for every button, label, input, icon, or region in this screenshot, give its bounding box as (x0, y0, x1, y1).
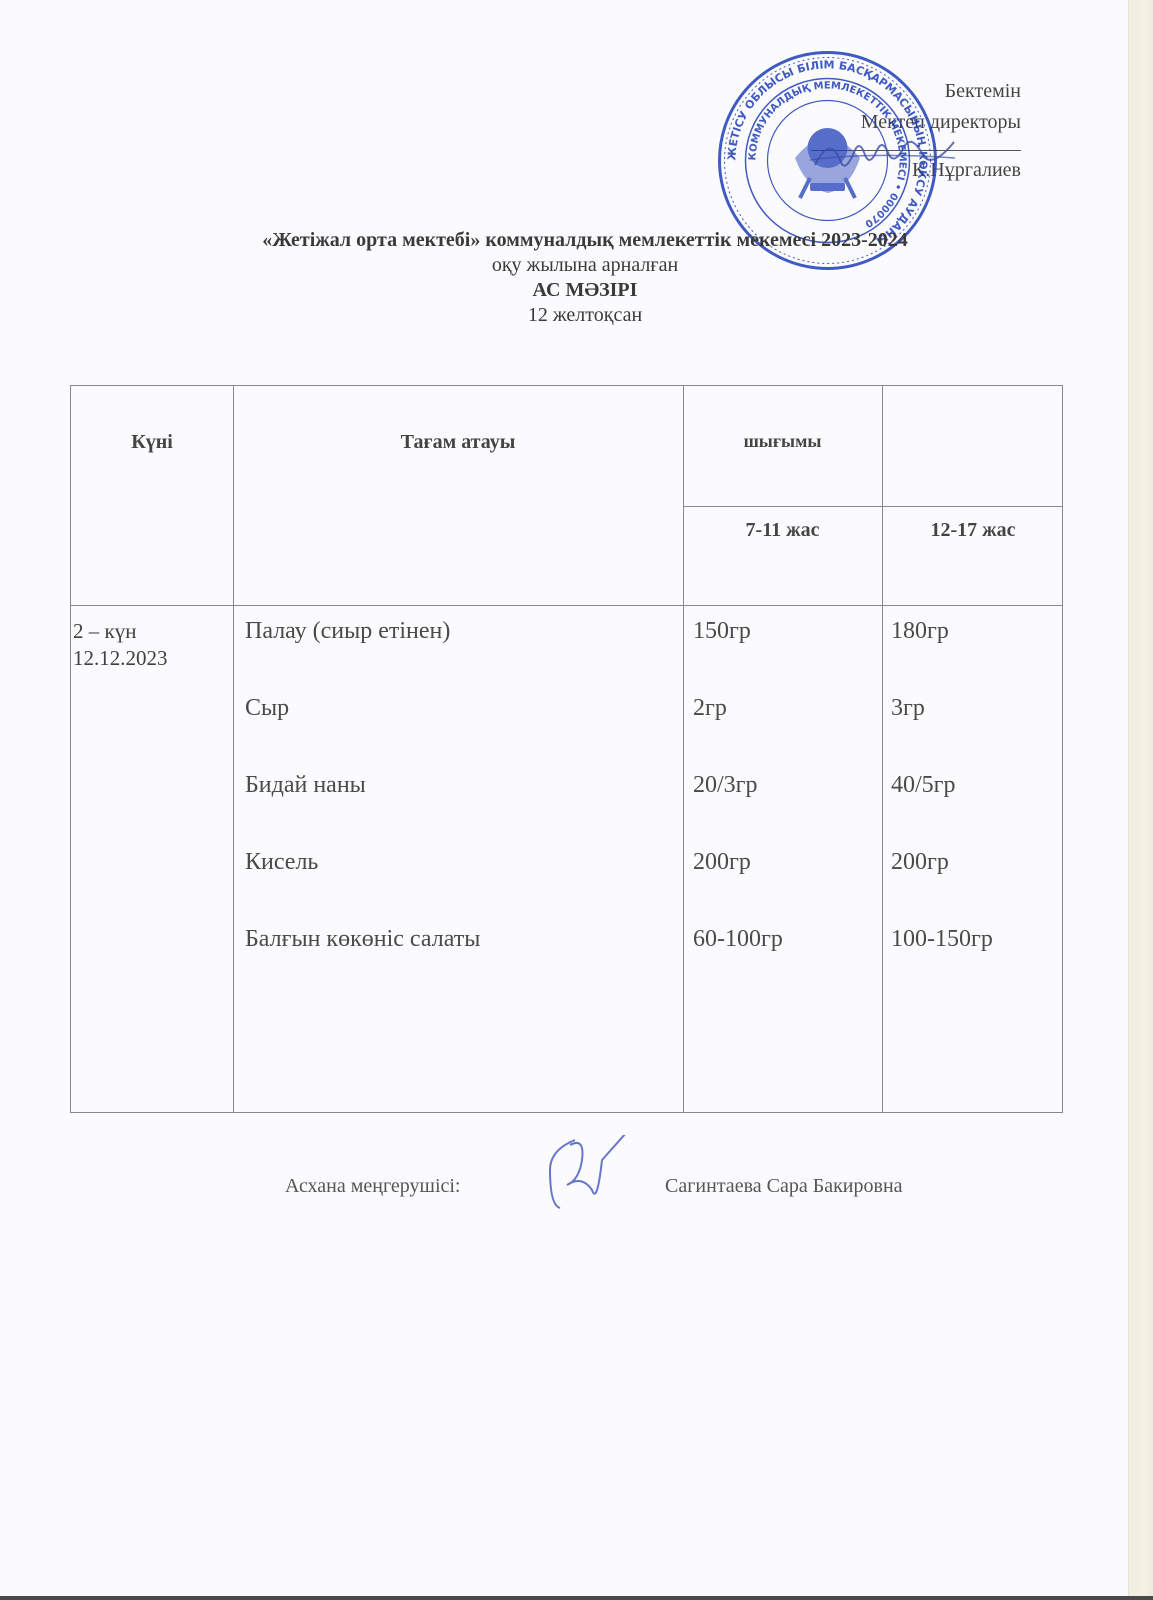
header-age-12-17: 12-17 жас (882, 519, 1064, 542)
portion-7-11: 20/3гр (693, 772, 758, 799)
portion-12-17: 180гр (891, 618, 949, 645)
portion-12-17: 200гр (891, 849, 949, 876)
portion-12-17: 40/5гр (891, 772, 956, 799)
dish-name: Кисель (245, 849, 318, 876)
dish-name: Бидай наны (245, 772, 366, 799)
portion-7-11: 150гр (693, 618, 751, 645)
portion-7-11: 2гр (693, 695, 727, 722)
column-divider (882, 386, 883, 1112)
portion-12-17: 3гр (891, 695, 925, 722)
portion-7-11: 200гр (693, 849, 751, 876)
dish-name: Балғын көкөніс салаты (245, 926, 480, 953)
dish-name: Сыр (245, 695, 289, 722)
school-title: «Жетіжал орта мектебі» коммуналдық мемле… (150, 228, 1020, 253)
header-dish: Тағам атауы (233, 431, 683, 454)
scan-edge-strip (1128, 0, 1153, 1596)
menu-table: Күні Тағам атауы шығымы 7-11 жас 12-17 ж… (70, 385, 1063, 1113)
column-divider (683, 386, 684, 1112)
day-label: 2 – күн (73, 618, 168, 645)
header-day: Күні (71, 431, 233, 454)
director-signature-icon (810, 130, 960, 180)
day-cell: 2 – күн 12.12.2023 (73, 618, 168, 672)
portion-12-17: 100-150гр (891, 926, 993, 953)
header-age-7-11: 7-11 жас (683, 519, 882, 542)
cook-signature-icon (540, 1135, 650, 1215)
header-divider (71, 605, 1062, 606)
cook-role-label: Асхана меңгерушісі: (285, 1175, 461, 1198)
menu-date: 12 желтоқсан (150, 303, 1020, 328)
scan-bottom-edge (0, 1596, 1153, 1600)
column-divider (233, 386, 234, 1112)
portion-7-11: 60-100гр (693, 926, 783, 953)
document-title-block: «Жетіжал орта мектебі» коммуналдық мемле… (150, 228, 1020, 328)
school-year-subtitle: оқу жылына арналған (150, 253, 1020, 278)
cook-name: Сагинтаева Сара Бакировна (665, 1175, 903, 1198)
day-date: 12.12.2023 (73, 645, 168, 672)
menu-heading: АС МӘЗІРІ (150, 278, 1020, 303)
subheader-divider (683, 506, 1062, 507)
header-output: шығымы (683, 431, 882, 452)
dish-name: Палау (сиыр етінен) (245, 618, 450, 645)
